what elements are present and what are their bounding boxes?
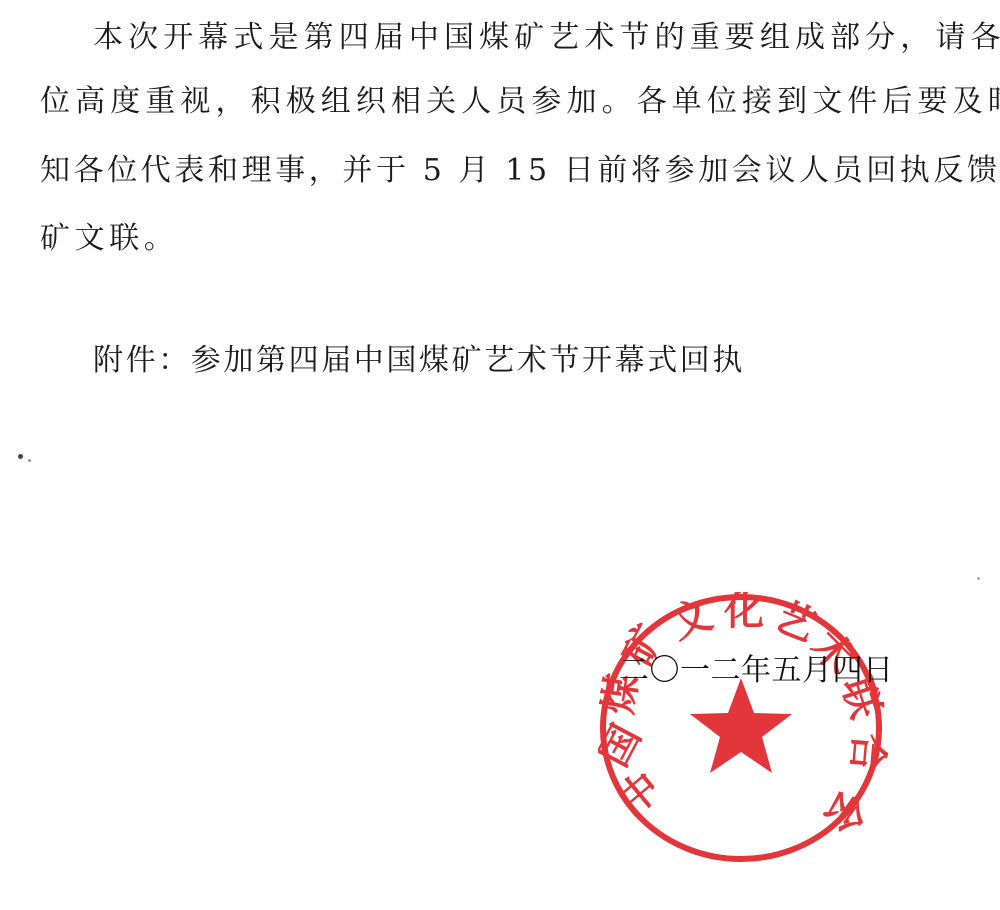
seal-char: 中 (610, 764, 670, 825)
scan-speck (28, 459, 31, 462)
body-line-1: 本次开幕式是第四届中国煤矿艺术节的重要组成部分，请各单 (93, 12, 1000, 56)
seal-char: 合 (842, 731, 888, 775)
attachment-note: 附件：参加第四届中国煤矿艺术节开幕式回执 (93, 335, 745, 379)
body-line-2: 位高度重视，积极组织相关人员参加。各单位接到文件后要及时通 (40, 76, 1000, 120)
scan-speck (18, 454, 23, 459)
seal-char: 煤 (598, 671, 647, 718)
scan-speck (977, 577, 980, 580)
seal-char: 矿 (615, 617, 674, 674)
seal-char: 化 (723, 592, 764, 634)
body-line-3: 知各位代表和理事，并于 5 月 15 日前将参加会议人员回执反馈给煤 (40, 145, 1000, 189)
official-seal-stamp: 中 国 煤 矿 文 化 艺 术 联 合 会 (598, 592, 888, 864)
body-line-4: 矿文联。 (40, 213, 178, 257)
star-icon (690, 678, 792, 773)
